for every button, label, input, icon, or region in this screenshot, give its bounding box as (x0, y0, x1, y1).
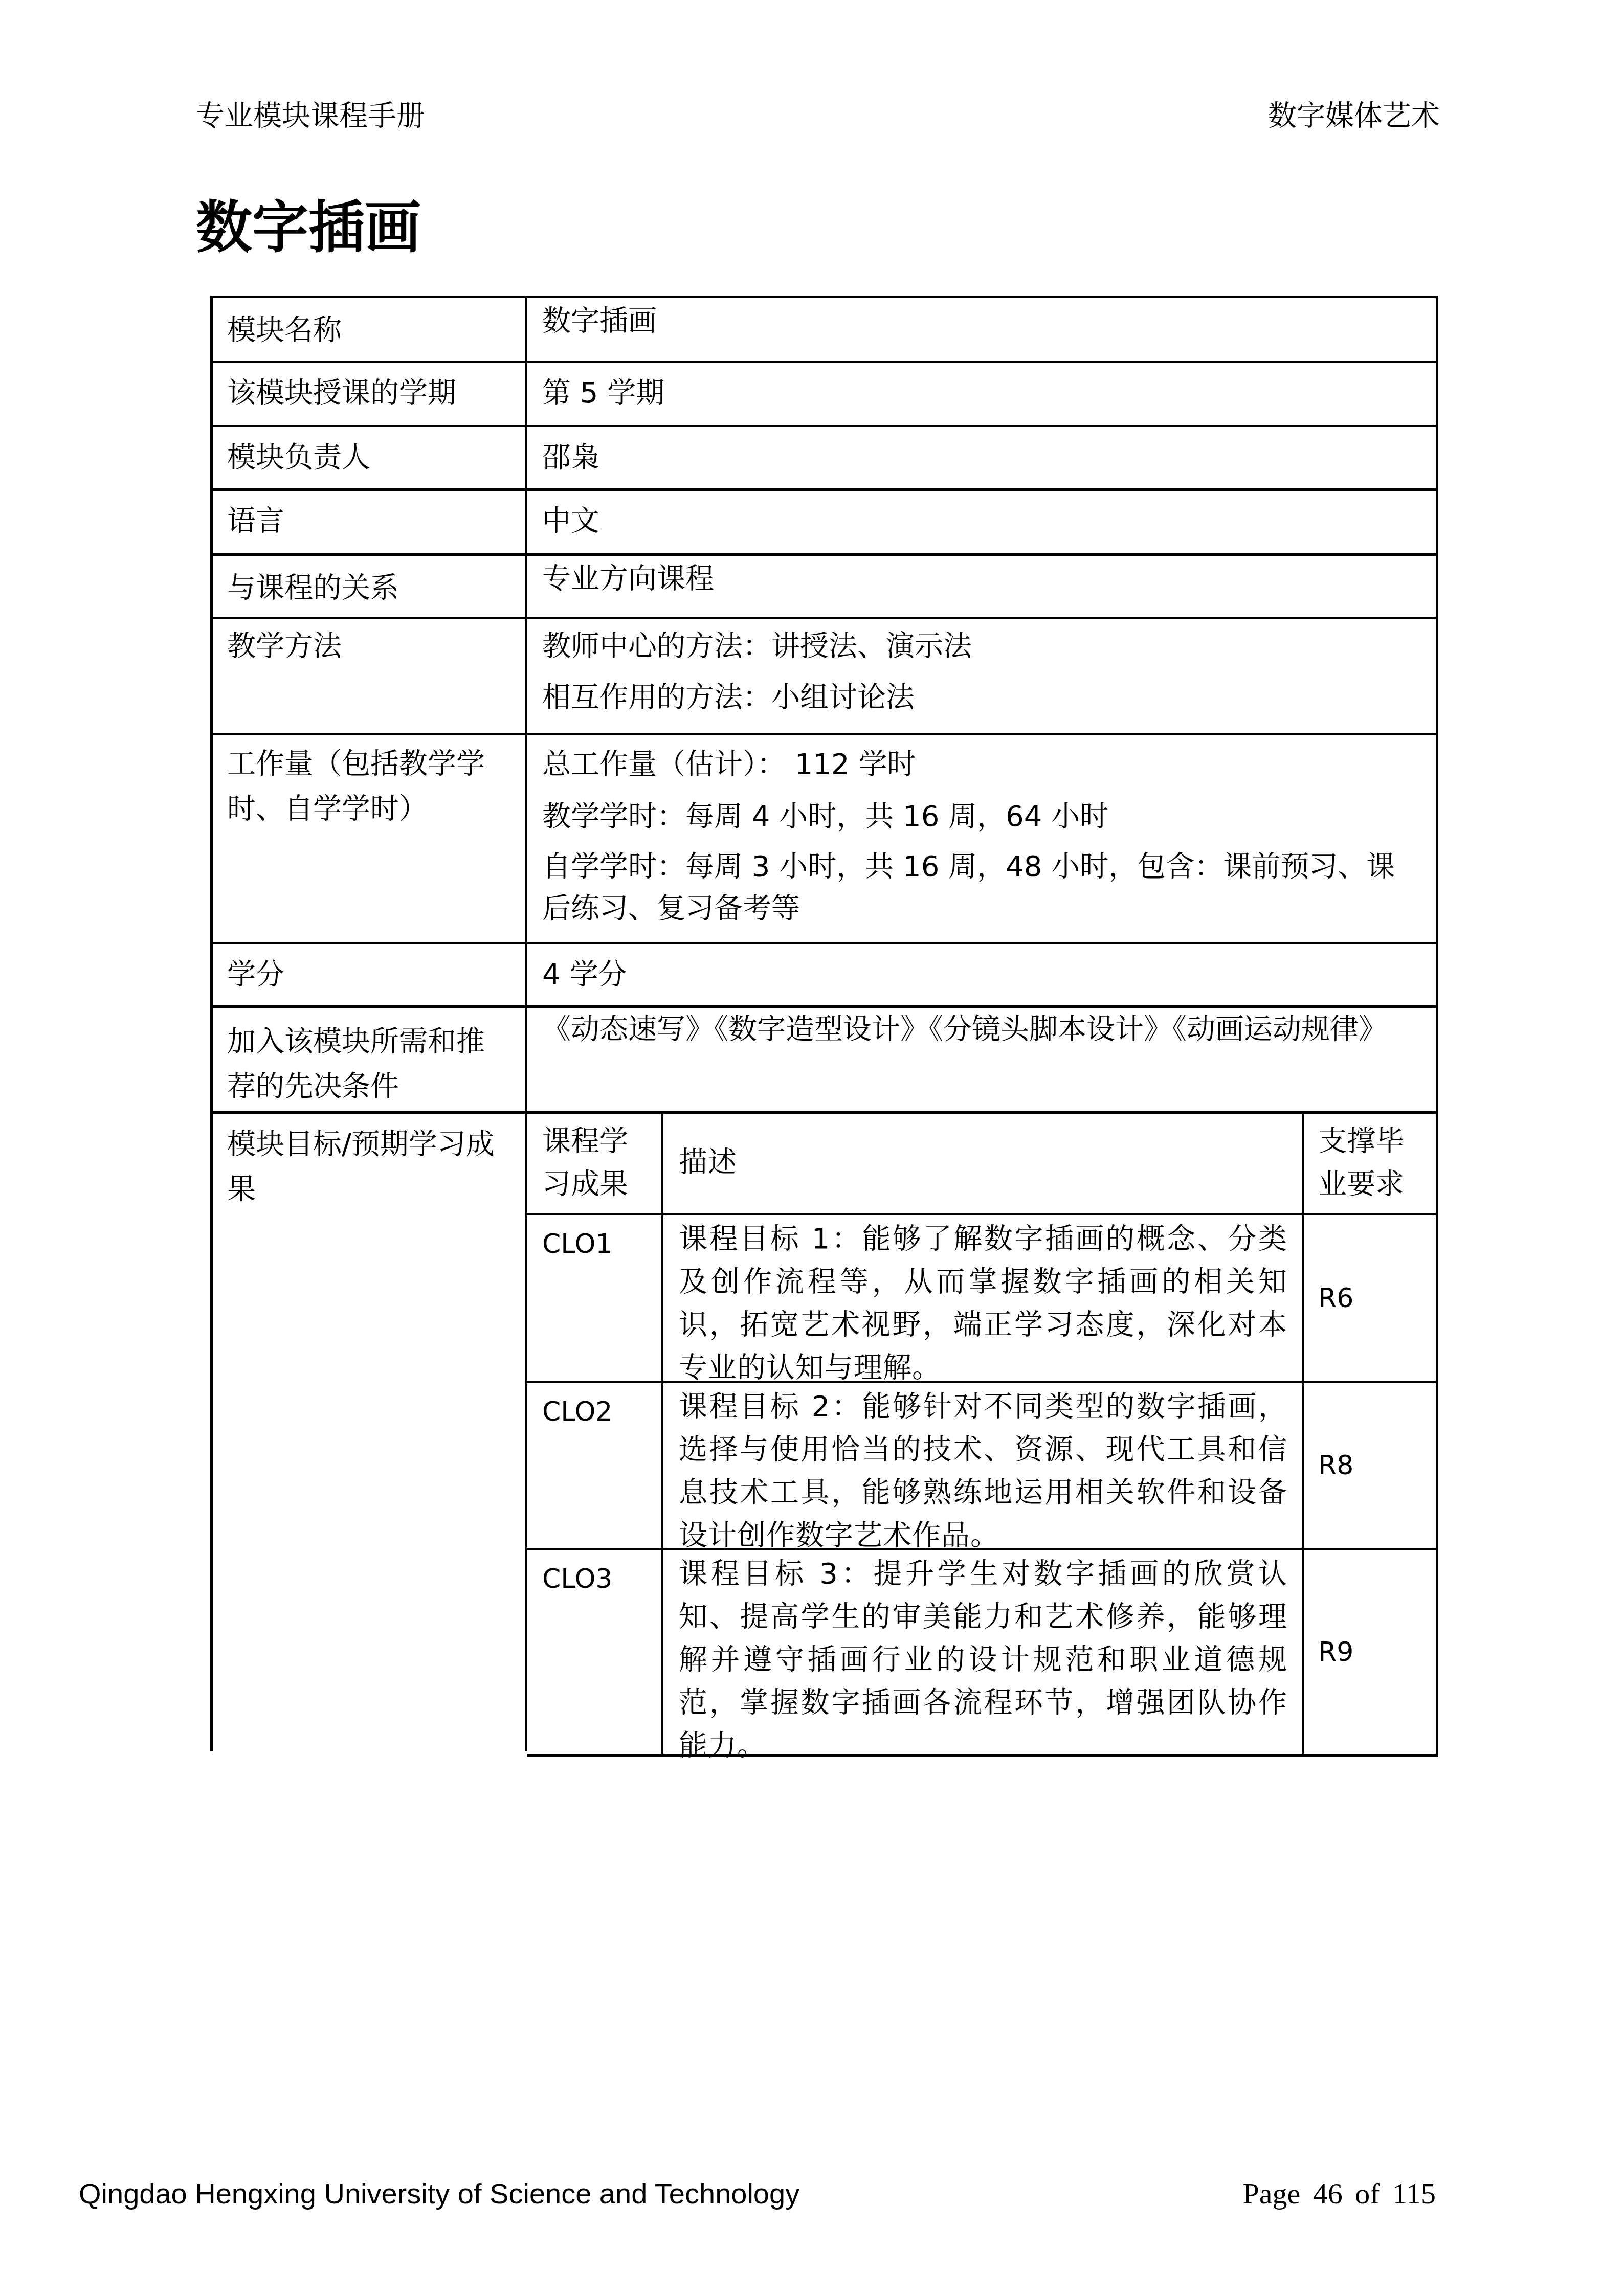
clo-row: CLO1 课程目标 1：能够了解数字插画的概念、分类及创作流程等，从而掌握数字插… (527, 1213, 1438, 1381)
table-row-learning-outcomes: 模块目标/预期学习成果 课程学习成果 描述 支撑毕业要求 CLO1 课程目标 1… (210, 1111, 1438, 1751)
clo-description: 课程目标 3：提升学生对数字插画的欣赏认知、提高学生的审美能力和艺术修养，能够理… (663, 1550, 1304, 1754)
table-row-module-name: 模块名称 数字插画 (210, 296, 1438, 361)
table-row-course-relation: 与课程的关系 专业方向课程 (210, 553, 1438, 617)
label-language: 语言 (213, 491, 527, 553)
table-row-module-lead: 模块负责人 邵枭 (210, 425, 1438, 488)
page-title: 数字插画 (196, 194, 421, 261)
clo-id: CLO3 (527, 1550, 663, 1754)
total-pages: 115 (1392, 2177, 1436, 2210)
clo-row: CLO3 课程目标 3：提升学生对数字插画的欣赏认知、提高学生的审美能力和艺术修… (527, 1548, 1438, 1757)
current-page: 46 (1313, 2177, 1343, 2210)
clo-requirement: R6 (1304, 1215, 1436, 1381)
footer-institution: Qingdao Hengxing University of Science a… (79, 2176, 799, 2212)
table-row-workload: 工作量（包括教学学时、自学学时） 总工作量（估计）： 112 学时 教学学时：每… (210, 733, 1438, 942)
table-row-semester: 该模块授课的学期 第 5 学期 (210, 361, 1438, 425)
page-label: Page (1243, 2177, 1301, 2210)
value-module-lead: 邵枭 (527, 427, 1436, 488)
clo-description: 课程目标 1：能够了解数字插画的概念、分类及创作流程等，从而掌握数字插画的相关知… (663, 1215, 1304, 1381)
of-label: of (1355, 2177, 1380, 2210)
clo-requirement: R9 (1304, 1550, 1436, 1754)
teaching-method-teacher-centered: 教师中心的方法：讲授法、演示法 (542, 623, 1420, 669)
label-teaching-methods: 教学方法 (213, 619, 527, 733)
value-course-relation: 专业方向课程 (527, 556, 1436, 617)
learning-outcomes-table: 课程学习成果 描述 支撑毕业要求 CLO1 课程目标 1：能够了解数字插画的概念… (527, 1111, 1438, 1751)
clo-header-row: 课程学习成果 描述 支撑毕业要求 (527, 1111, 1438, 1213)
label-prerequisites: 加入该模块所需和推荐的先决条件 (213, 1008, 527, 1111)
value-prerequisites: 《动态速写》《数字造型设计》《分镜头脚本设计》《动画运动规律》 (527, 1008, 1436, 1111)
workload-self-study-hours: 自学学时：每周 3 小时，共 16 周，48 小时，包含：课前预习、课后练习、复… (542, 846, 1420, 930)
running-header-left: 专业模块课程手册 (196, 98, 425, 134)
table-row-teaching-methods: 教学方法 教师中心的方法：讲授法、演示法 相互作用的方法：小组讨论法 (210, 617, 1438, 733)
clo-id: CLO1 (527, 1215, 663, 1381)
value-language: 中文 (527, 491, 1436, 553)
value-module-name: 数字插画 (527, 298, 1436, 361)
clo-header-requirement: 支撑毕业要求 (1304, 1114, 1436, 1213)
running-header-right: 数字媒体艺术 (1268, 98, 1440, 134)
value-credits: 4 学分 (527, 944, 1436, 1005)
label-module-lead: 模块负责人 (213, 427, 527, 488)
value-workload: 总工作量（估计）： 112 学时 教学学时：每周 4 小时，共 16 周，64 … (527, 735, 1436, 942)
clo-header-description: 描述 (663, 1114, 1304, 1213)
clo-requirement: R8 (1304, 1383, 1436, 1548)
clo-description: 课程目标 2：能够针对不同类型的数字插画，选择与使用恰当的技术、资源、现代工具和… (663, 1383, 1304, 1548)
footer-page-number: Page 46 of 115 (1243, 2176, 1436, 2212)
table-row-credits: 学分 4 学分 (210, 942, 1438, 1005)
label-semester: 该模块授课的学期 (213, 363, 527, 425)
clo-header-id: 课程学习成果 (527, 1114, 663, 1213)
label-module-name: 模块名称 (213, 298, 527, 361)
value-teaching-methods: 教师中心的方法：讲授法、演示法 相互作用的方法：小组讨论法 (527, 619, 1436, 733)
teaching-method-interactive: 相互作用的方法：小组讨论法 (542, 674, 1420, 721)
label-workload: 工作量（包括教学学时、自学学时） (213, 735, 527, 942)
workload-total: 总工作量（估计）： 112 学时 (542, 741, 1420, 787)
module-info-table: 模块名称 数字插画 该模块授课的学期 第 5 学期 模块负责人 邵枭 语言 中文… (210, 296, 1438, 1751)
label-learning-outcomes: 模块目标/预期学习成果 (213, 1111, 527, 1751)
label-course-relation: 与课程的关系 (213, 556, 527, 617)
table-row-language: 语言 中文 (210, 488, 1438, 553)
label-credits: 学分 (213, 944, 527, 1005)
clo-row: CLO2 课程目标 2：能够针对不同类型的数字插画，选择与使用恰当的技术、资源、… (527, 1381, 1438, 1548)
value-semester: 第 5 学期 (527, 363, 1436, 425)
workload-teaching-hours: 教学学时：每周 4 小时，共 16 周，64 小时 (542, 794, 1420, 840)
clo-id: CLO2 (527, 1383, 663, 1548)
table-row-prerequisites: 加入该模块所需和推荐的先决条件 《动态速写》《数字造型设计》《分镜头脚本设计》《… (210, 1005, 1438, 1111)
